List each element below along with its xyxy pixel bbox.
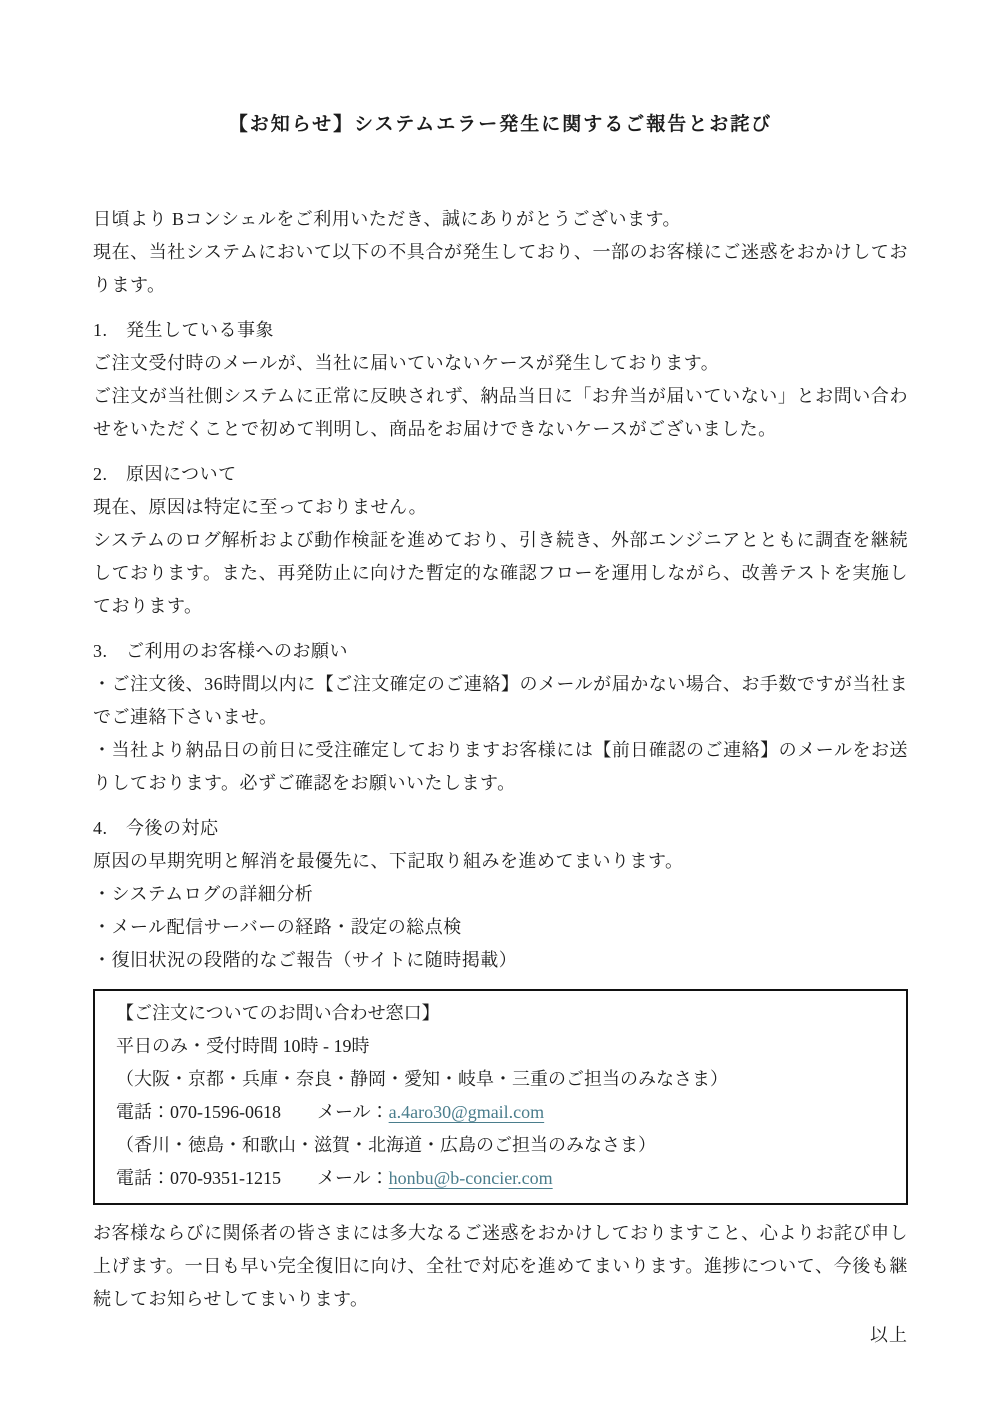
- document-title: 【お知らせ】システムエラー発生に関するご報告とお詫び: [93, 0, 908, 140]
- closing-paragraph: お客様ならびに関係者の皆さまには多大なるご迷惑をおかけしておりますこと、心よりお…: [93, 1217, 908, 1316]
- email-link-gmail[interactable]: a.4aro30@gmail.com: [389, 1102, 545, 1122]
- contact-info-box: 【ご注文についてのお問い合わせ窓口】 平日のみ・受付時間 10時 - 19時 （…: [93, 989, 908, 1205]
- section-paragraph: 現在、原因は特定に至っておりません。: [93, 491, 908, 524]
- section-incident: 1. 発生している事象 ご注文受付時のメールが、当社に届いていないケースが発生し…: [93, 314, 908, 446]
- contact-group1-line: 電話：070-1596-0618メール：a.4aro30@gmail.com: [116, 1096, 886, 1129]
- contact-group2-line: 電話：070-9351-1215メール：honbu@b-concier.com: [116, 1162, 886, 1195]
- section-bullet: ・システムログの詳細分析: [93, 878, 908, 911]
- section-heading: 1. 発生している事象: [93, 314, 908, 347]
- section-heading: 2. 原因について: [93, 458, 908, 491]
- section-heading: 4. 今後の対応: [93, 812, 908, 845]
- contact-group1-phone: 電話：070-1596-0618: [116, 1102, 281, 1122]
- contact-group2-mail-label: メール：: [317, 1168, 389, 1188]
- email-link-concier[interactable]: honbu@b-concier.com: [389, 1168, 553, 1188]
- contact-group1-regions: （大阪・京都・兵庫・奈良・静岡・愛知・岐阜・三重のご担当のみなさま）: [116, 1063, 886, 1096]
- contact-box-title: 【ご注文についてのお問い合わせ窓口】: [116, 997, 886, 1030]
- section-bullet: ・当社より納品日の前日に受注確定しておりますお客様には【前日確認のご連絡】のメー…: [93, 734, 908, 800]
- intro-paragraph: 日頃より Bコンシェルをご利用いただき、誠にありがとうございます。 現在、当社シ…: [93, 203, 908, 302]
- intro-line-1: 日頃より Bコンシェルをご利用いただき、誠にありがとうございます。: [93, 203, 908, 236]
- section-bullet: ・メール配信サーバーの経路・設定の総点検: [93, 911, 908, 944]
- section-paragraph: ご注文受付時のメールが、当社に届いていないケースが発生しております。: [93, 347, 908, 380]
- section-bullet: ・復旧状況の段階的なご報告（サイトに随時掲載）: [93, 944, 908, 977]
- section-paragraph: システムのログ解析および動作検証を進めており、引き続き、外部エンジニアとともに調…: [93, 524, 908, 623]
- contact-group2-regions: （香川・徳島・和歌山・滋賀・北海道・広島のご担当のみなさま）: [116, 1129, 886, 1162]
- section-future-action: 4. 今後の対応 原因の早期究明と解消を最優先に、下記取り組みを進めてまいります…: [93, 812, 908, 977]
- section-cause: 2. 原因について 現在、原因は特定に至っておりません。 システムのログ解析およ…: [93, 458, 908, 623]
- document-page: 【お知らせ】システムエラー発生に関するご報告とお詫び 日頃より Bコンシェルをご…: [0, 0, 1000, 1413]
- contact-group2-phone: 電話：070-9351-1215: [116, 1168, 281, 1188]
- section-bullet: ・ご注文後、36時間以内に【ご注文確定のご連絡】のメールが届かない場合、お手数で…: [93, 668, 908, 734]
- closing-text: お客様ならびに関係者の皆さまには多大なるご迷惑をおかけしておりますこと、心よりお…: [93, 1217, 908, 1316]
- section-customer-request: 3. ご利用のお客様へのお願い ・ご注文後、36時間以内に【ご注文確定のご連絡】…: [93, 635, 908, 800]
- section-paragraph: ご注文が当社側システムに正常に反映されず、納品当日に「お弁当が届いていない」とお…: [93, 380, 908, 446]
- section-paragraph: 原因の早期究明と解消を最優先に、下記取り組みを進めてまいります。: [93, 845, 908, 878]
- contact-group1-mail-label: メール：: [317, 1102, 389, 1122]
- intro-line-2: 現在、当社システムにおいて以下の不具合が発生しており、一部のお客様にご迷惑をおか…: [93, 236, 908, 302]
- section-heading: 3. ご利用のお客様へのお願い: [93, 635, 908, 668]
- sign-off: 以上: [93, 1319, 908, 1352]
- contact-hours: 平日のみ・受付時間 10時 - 19時: [116, 1030, 886, 1063]
